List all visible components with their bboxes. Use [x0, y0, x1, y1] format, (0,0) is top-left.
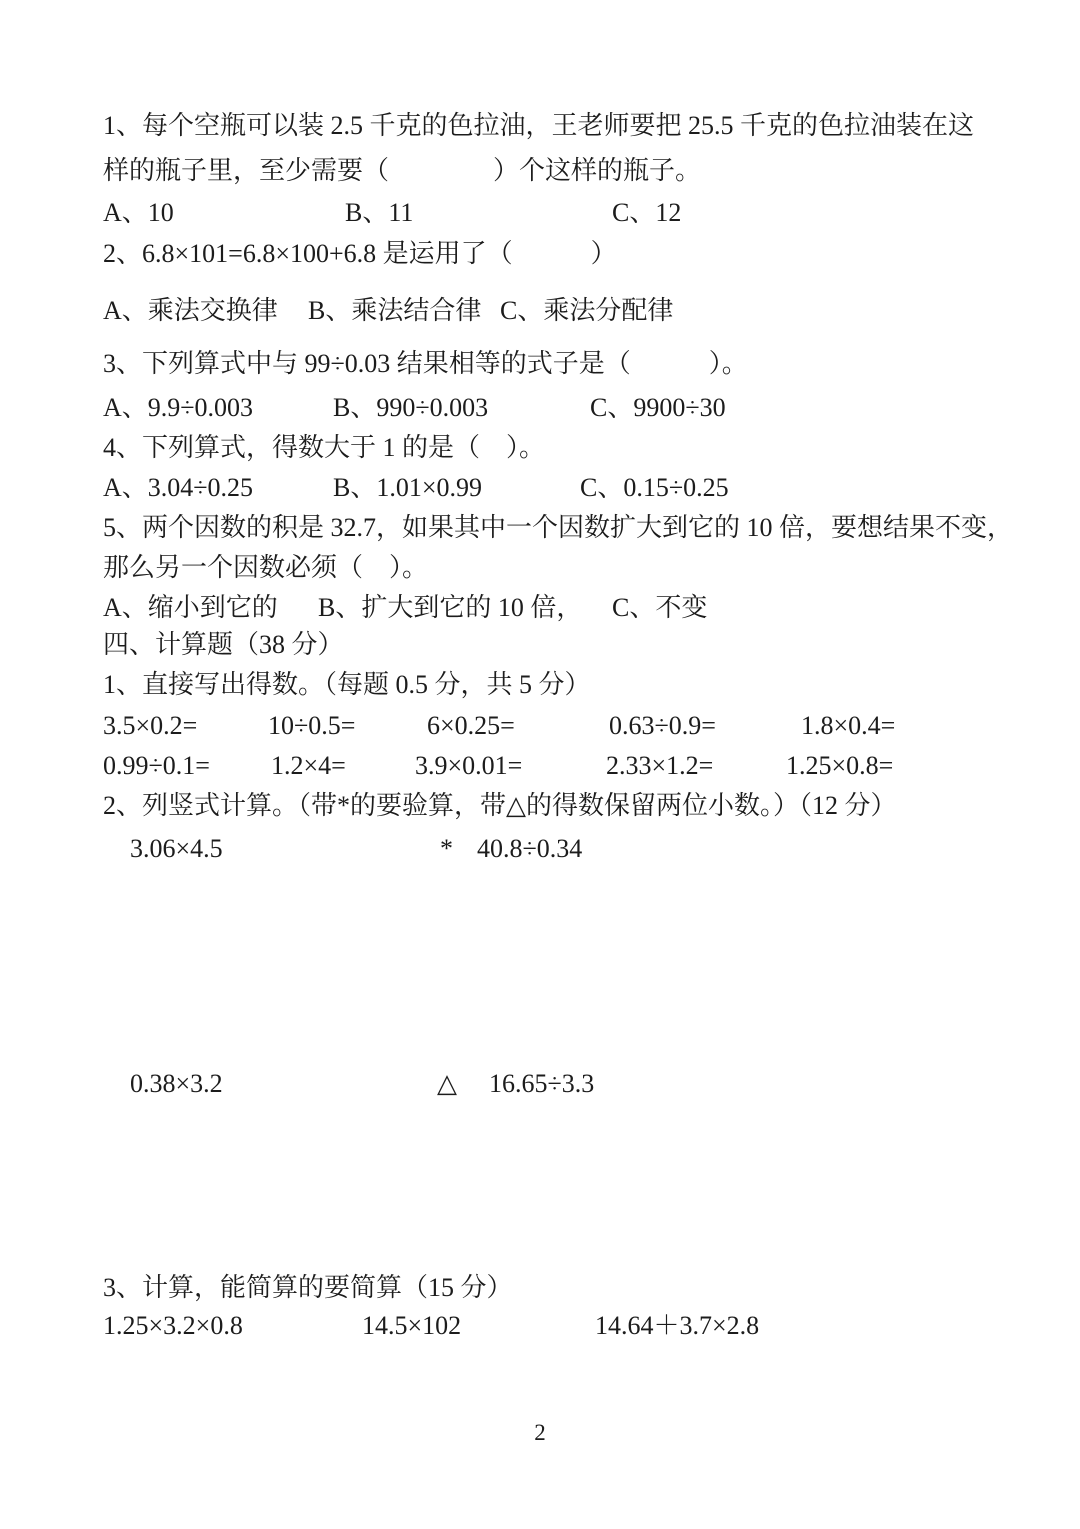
mental-calc-item: 2.33×1.2= [606, 750, 713, 781]
mental-calc-item: 1.8×0.4= [801, 710, 895, 741]
calc-part1-title: 1、直接写出得数。（每题 0.5 分，共 5 分） [103, 669, 591, 700]
q2-stem: 2、6.8×101=6.8×100+6.8 是运用了（ ） [103, 238, 617, 269]
q3-option-b: B、990÷0.003 [333, 392, 488, 423]
column-calc-problem: 16.65÷3.3 [489, 1068, 594, 1099]
simplify-calc-problem: 14.5×102 [362, 1310, 461, 1341]
column-calc-problem: 0.38×3.2 [130, 1068, 223, 1099]
q4-stem: 4、下列算式，得数大于 1 的是（ ）。 [103, 432, 545, 463]
q5-option-b: B、扩大到它的 10 倍， [318, 592, 582, 623]
mental-calc-item: 0.99÷0.1= [103, 750, 210, 781]
column-calc-problem: 3.06×4.5 [130, 833, 223, 864]
q5-option-a: A、缩小到它的 [103, 592, 278, 623]
triangle-mark: △ [437, 1068, 457, 1099]
q5-option-c: C、不变 [612, 592, 707, 623]
q2-option-b: B、乘法结合律 [308, 295, 481, 326]
mental-calc-item: 0.63÷0.9= [609, 710, 716, 741]
worksheet-page: 1、每个空瓶可以装 2.5 千克的色拉油，王老师要把 25.5 千克的色拉油装在… [0, 0, 1080, 1529]
mental-calc-item: 3.9×0.01= [415, 750, 522, 781]
q4-option-a: A、3.04÷0.25 [103, 472, 253, 503]
q1-option-c: C、12 [612, 197, 681, 228]
asterisk-mark: * [440, 833, 453, 864]
calc-part2-title: 2、列竖式计算。（带*的要验算，带△的得数保留两位小数。）（12 分） [103, 790, 897, 821]
calc-section-heading: 四、计算题（38 分） [103, 629, 344, 660]
column-calc-problem: 40.8÷0.34 [477, 833, 582, 864]
simplify-calc-problem: 14.64＋3.7×2.8 [595, 1310, 759, 1341]
q1-stem-line1: 1、每个空瓶可以装 2.5 千克的色拉油，王老师要把 25.5 千克的色拉油装在… [103, 110, 974, 141]
page-number: 2 [0, 1420, 1080, 1446]
simplify-calc-problem: 1.25×3.2×0.8 [103, 1310, 243, 1341]
mental-calc-item: 10÷0.5= [268, 710, 355, 741]
q5-stem-line1: 5、两个因数的积是 32.7，如果其中一个因数扩大到它的 10 倍，要想结果不变… [103, 512, 1013, 543]
q3-stem: 3、下列算式中与 99÷0.03 结果相等的式子是（ ）。 [103, 348, 748, 379]
mental-calc-item: 3.5×0.2= [103, 710, 197, 741]
q2-option-c: C、乘法分配律 [500, 295, 673, 326]
mental-calc-item: 6×0.25= [427, 710, 515, 741]
q1-stem-line2: 样的瓶子里，至少需要（ ）个这样的瓶子。 [103, 155, 701, 186]
q3-option-a: A、9.9÷0.003 [103, 392, 253, 423]
q2-option-a: A、乘法交换律 [103, 295, 278, 326]
q1-option-b: B、11 [345, 197, 413, 228]
mental-calc-item: 1.25×0.8= [786, 750, 893, 781]
calc-part3-title: 3、计算，能简算的要简算（15 分） [103, 1272, 513, 1303]
q3-option-c: C、9900÷30 [590, 392, 726, 423]
q4-option-b: B、1.01×0.99 [333, 472, 482, 503]
q5-stem-line2: 那么另一个因数必须（ ）。 [103, 552, 428, 583]
mental-calc-item: 1.2×4= [271, 750, 346, 781]
q4-option-c: C、0.15÷0.25 [580, 472, 729, 503]
q1-option-a: A、10 [103, 197, 174, 228]
